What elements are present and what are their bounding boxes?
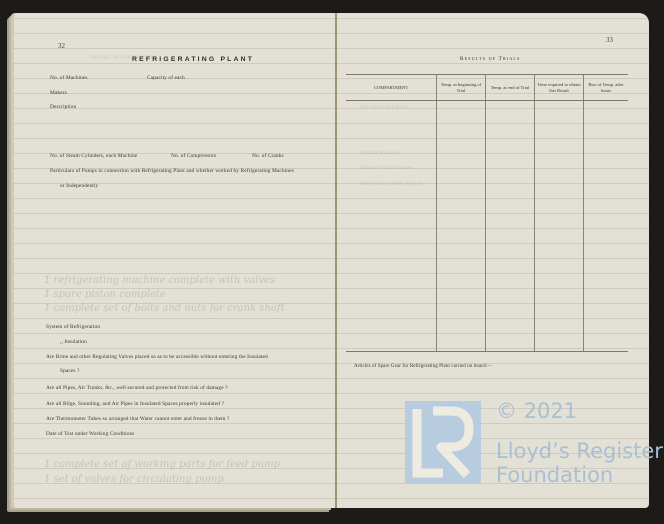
- field-label-insulation: ,, Insulation: [60, 339, 87, 345]
- table-header-row: COMPARTMENT Temp. at beginning of Trial …: [346, 75, 628, 101]
- lr-logo-icon: [405, 401, 481, 483]
- cell-time-required[interactable]: [535, 101, 584, 352]
- table-body-row: [346, 101, 628, 352]
- page-number-right: 33: [606, 36, 613, 44]
- field-label-valves: Are Brine and other Regulating Valves pl…: [46, 354, 268, 360]
- field-label-no-of-machines: No. of Machines: [50, 75, 88, 81]
- field-label-date-of-test: Date of Test under Working Conditions: [46, 431, 134, 437]
- watermark-copyright: © 2021: [496, 399, 577, 423]
- col-rise-of-temp: Rise of Temp. after hours: [584, 75, 629, 101]
- field-label-thermometer: Are Thermometer Tubes so arranged that W…: [46, 416, 229, 422]
- col-temp-end: Temp. at end of Trial: [486, 75, 535, 101]
- section-title-results: Results of Trials: [460, 56, 521, 62]
- field-label-makers: Makers: [50, 90, 67, 96]
- field-label-steam-cylinders: No. of Steam Cylinders, each Machine: [50, 153, 137, 159]
- field-label-description: Description: [50, 104, 76, 110]
- field-label-independently: or Independently: [60, 183, 98, 189]
- results-of-trials-table: COMPARTMENT Temp. at beginning of Trial …: [346, 74, 628, 352]
- field-label-capacity: Capacity of each: [147, 75, 185, 81]
- cell-temp-end[interactable]: [486, 101, 535, 352]
- field-label-pumps: Particulars of Pumps in connection with …: [50, 168, 294, 174]
- show-through-handwriting: 1 complete set of working parts for feed…: [44, 459, 280, 470]
- field-label-system: System of Refrigeration: [46, 324, 100, 330]
- cell-temp-begin[interactable]: [437, 101, 486, 352]
- col-temp-begin: Temp. at beginning of Trial: [437, 75, 486, 101]
- field-label-spaces: Spaces ?: [60, 368, 80, 374]
- show-through-handwriting: 1 complete set of bolts and nuts for cra…: [44, 303, 285, 314]
- field-label-compressors: No. of Compressors: [171, 153, 216, 159]
- lr-logo: [405, 401, 481, 483]
- book-spine: [335, 13, 337, 508]
- col-time-required: Time required to obtain this Result: [535, 75, 584, 101]
- col-compartment: COMPARTMENT: [346, 75, 437, 101]
- field-label-bilge: Are all Bilge, Sounding, and Air Pipes i…: [46, 401, 224, 407]
- show-through-handwriting: 1 set of valves for circulating pump: [44, 474, 224, 485]
- field-label-cranks: No. of Cranks: [252, 153, 284, 159]
- show-through-handwriting: 1 spare piston complete: [44, 289, 166, 300]
- show-through-handwriting: 1 refrigerating machine complete with va…: [44, 275, 275, 286]
- watermark-org-line2: Foundation: [496, 463, 613, 487]
- page-title: REFRIGERATING PLANT: [132, 56, 254, 63]
- cell-compartment[interactable]: [346, 101, 437, 352]
- cell-rise-of-temp[interactable]: [584, 101, 629, 352]
- spare-gear-label: Articles of Spare Gear for Refrigerating…: [354, 364, 492, 369]
- page-number-left: 32: [58, 42, 65, 50]
- watermark-org-line1: Lloyd’s Register: [496, 439, 663, 463]
- field-label-pipes: Are all Pipes, Air Trunks, &c., well sec…: [46, 385, 228, 391]
